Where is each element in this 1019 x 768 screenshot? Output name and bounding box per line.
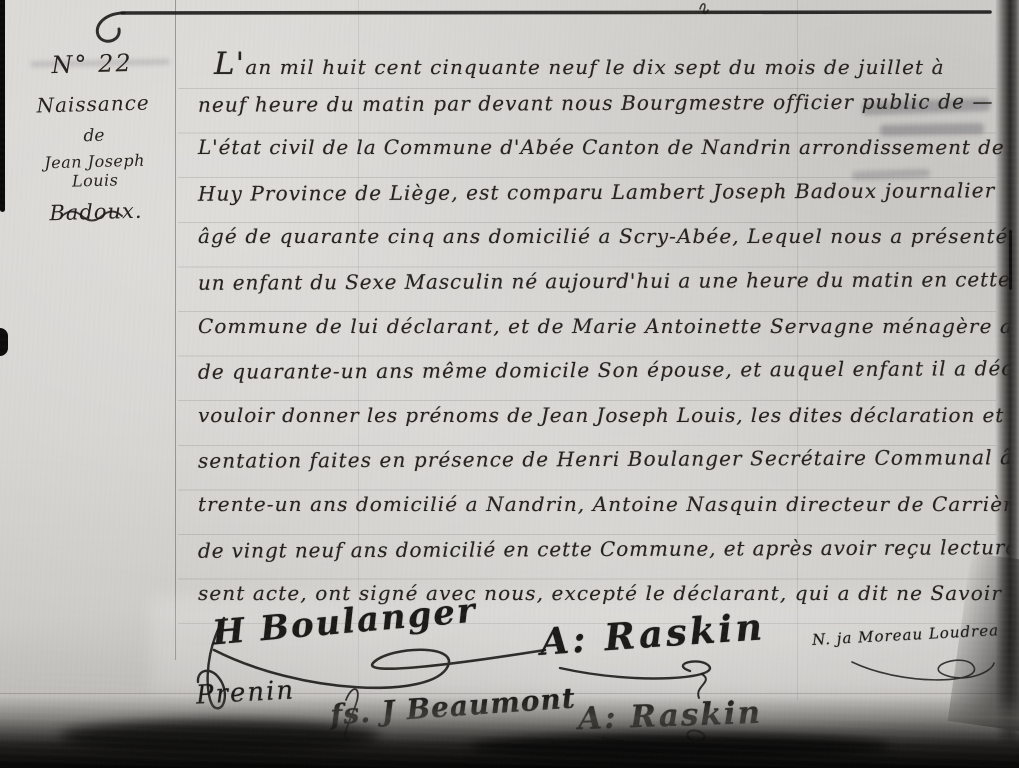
act-line: Huy Province de Liège, est comparu Lambe… — [198, 178, 1003, 226]
act-line: trente-un ans domicilié a Nandrin, Antoi… — [198, 492, 1003, 537]
act-line: neuf heure du matin par devant nous Bour… — [198, 89, 1003, 137]
act-line: L'état civil de la Commune d'Abée Canton… — [198, 135, 1003, 180]
scanned-register-page: N° 22 Naissance de Jean Joseph Louis Bad… — [0, 0, 1019, 768]
act-line: âgé de quarante cinq ans domicilié a Scr… — [198, 224, 1003, 269]
scan-edge-blob — [470, 734, 890, 760]
act-line: vouloir donner les prénoms de Jean Josep… — [198, 403, 1003, 448]
top-rule-squiggle — [700, 4, 708, 14]
act-line: sentation faites en présence de Henri Bo… — [198, 446, 1003, 494]
gutter-ink-streak — [1009, 230, 1012, 290]
act-number: N° 22 — [16, 48, 169, 80]
child-name: Jean Joseph Louis — [18, 150, 171, 192]
scan-edge-left — [0, 0, 5, 212]
scan-edge-blob — [0, 328, 8, 356]
top-separator-rule — [122, 12, 990, 13]
scan-edge-blob — [60, 720, 380, 754]
margin-annotation: N° 22 Naissance de Jean Joseph Louis Bad… — [16, 48, 173, 226]
family-name: Badoux. — [20, 198, 173, 226]
top-rule-curl — [97, 13, 124, 41]
act-line: de vingt neuf ans domicilié en cette Com… — [198, 535, 1003, 583]
act-body: L'an mil huit cent cinquante neuf le dix… — [198, 46, 1003, 626]
act-line: L'an mil huit cent cinquante neuf le dix… — [198, 46, 1003, 91]
act-line: Commune de lui déclarant, et de Marie An… — [198, 314, 1003, 359]
act-line: de quarante-un ans même domicile Son épo… — [198, 356, 1003, 404]
act-line: un enfant du Sexe Masculin né aujourd'hu… — [198, 267, 1003, 315]
margin-rule — [175, 0, 176, 660]
act-title: Naissance — [17, 90, 170, 118]
act-title-de: de — [18, 124, 170, 148]
